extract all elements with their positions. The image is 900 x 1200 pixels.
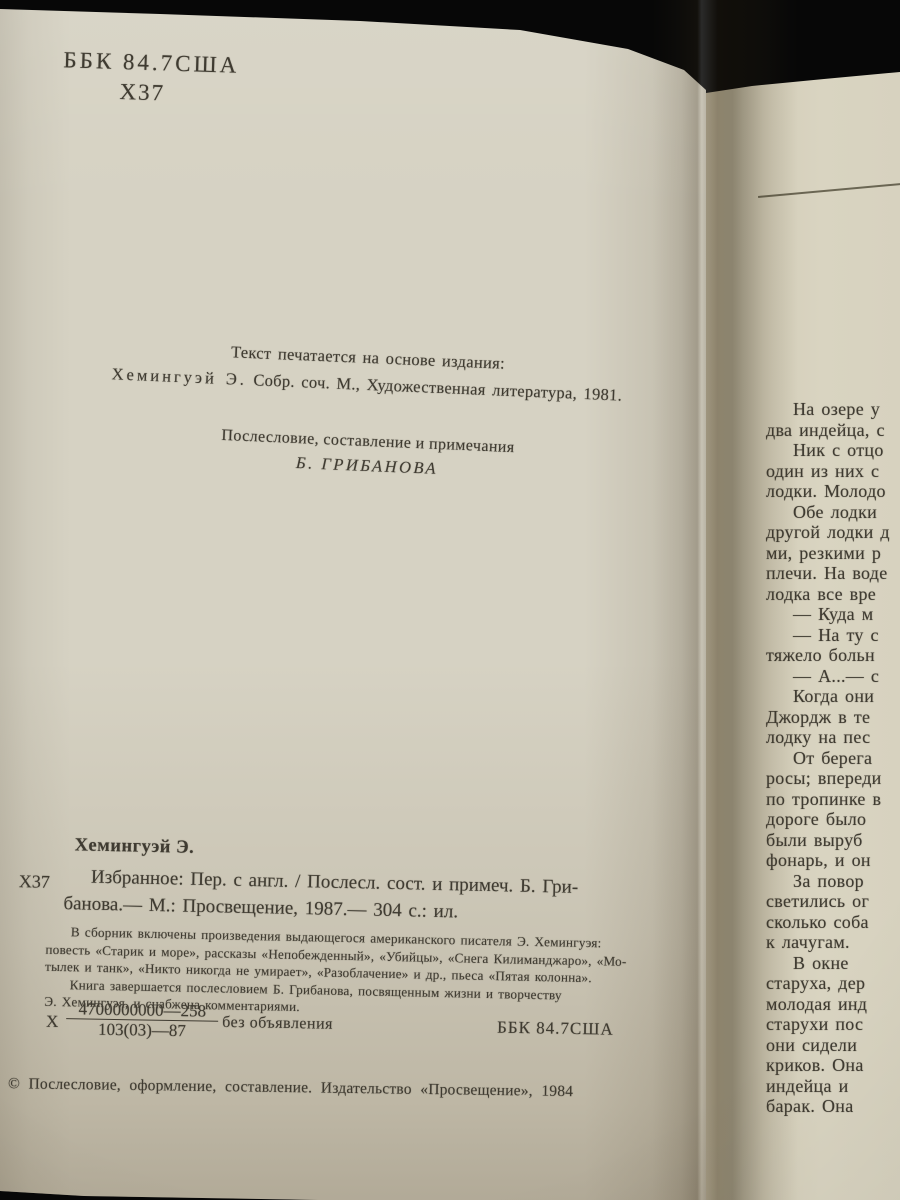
right-page-line: плечи. На воде [704, 563, 900, 584]
right-page-line: другой лодки д [704, 522, 900, 543]
right-page-line: молодая инд [704, 994, 900, 1015]
right-page-line: криков. Она [704, 1055, 900, 1076]
formula-bbk: ББК 84.7США [497, 1018, 614, 1040]
right-page-line: Ник с отцо [704, 440, 900, 461]
right-page-line: к лачугам. [704, 932, 900, 953]
right-page-line: один из них с [704, 461, 900, 482]
left-page: ББК 84.7США Х37 Текст печатается на осно… [0, 0, 712, 1200]
right-page-line: сколько соба [704, 912, 900, 933]
right-page-line: — На ту с [704, 625, 900, 646]
right-page-line: На озере у [704, 399, 900, 420]
header-rule [758, 181, 900, 198]
formula-numerator: 4700000000—258 [66, 999, 218, 1022]
afterword-credit: Послесловие, составление и примечания Б.… [84, 418, 651, 490]
right-page-line: два индейца, с [704, 420, 900, 441]
edition-note: Текст печатается на основе издания: Хеми… [84, 332, 651, 410]
right-page-line: — Куда м [704, 604, 900, 625]
right-page-text: На озере удва индейца, сНик с отцоодин и… [704, 399, 900, 1117]
right-page-line: лодки. Молодо [704, 481, 900, 502]
right-page-line: росы; впереди [704, 768, 900, 789]
right-page-line: Когда они [704, 686, 900, 707]
right-page: На озере удва индейца, сНик с отцоодин и… [704, 0, 900, 1200]
formula-prefix: Х [46, 1012, 59, 1032]
right-page-line: — А...— с [704, 666, 900, 687]
right-page-line: они сидели [704, 1035, 900, 1056]
bbk-code: ББК 84.7США [63, 45, 240, 81]
right-page-line: по тропинке в [704, 789, 900, 810]
catalog-card: Хемингуэй Э. Х37 Избранное: Пер. с англ.… [0, 832, 692, 1024]
right-page-line: фонарь, и он [704, 850, 900, 871]
edition-author: Хемингуэй Э. [111, 364, 247, 389]
right-page-line: барак. Она [704, 1096, 900, 1117]
bbk-stamp: ББК 84.7США Х37 [62, 45, 240, 110]
right-page-line: лодку на пес [704, 727, 900, 748]
right-page-line: тяжело больн [704, 645, 900, 666]
copyright-line: © Послесловие, оформление, составление. … [8, 1073, 698, 1105]
right-page-line: В окне [704, 953, 900, 974]
right-page-line: светились ог [704, 891, 900, 912]
right-page-line: За повор [704, 871, 900, 892]
right-page-line: были выруб [704, 830, 900, 851]
formula-note: без объявления [222, 1014, 333, 1034]
right-page-line: лодка все вре [704, 584, 900, 605]
right-page-line: дороге было [704, 809, 900, 830]
catalog-formula: Х 4700000000—258103(03)—87 без объявлени… [0, 996, 690, 1068]
right-page-line: старухи пос [704, 1014, 900, 1035]
bbk-index: Х37 [119, 77, 239, 111]
card-index: Х37 [19, 868, 51, 896]
right-page-line: индейца и [704, 1076, 900, 1097]
right-page-line: Джордж в те [704, 707, 900, 728]
right-page-line: Обе лодки [704, 502, 900, 523]
right-page-line: старуха, дер [704, 973, 900, 994]
book-photo: ББК 84.7США Х37 Текст печатается на осно… [0, 0, 900, 1200]
right-page-line: От берега [704, 748, 900, 769]
formula-fraction: 4700000000—258103(03)—87 [66, 999, 219, 1041]
right-page-line: ми, резкими р [704, 543, 900, 564]
formula-denominator: 103(03)—87 [66, 1019, 218, 1041]
